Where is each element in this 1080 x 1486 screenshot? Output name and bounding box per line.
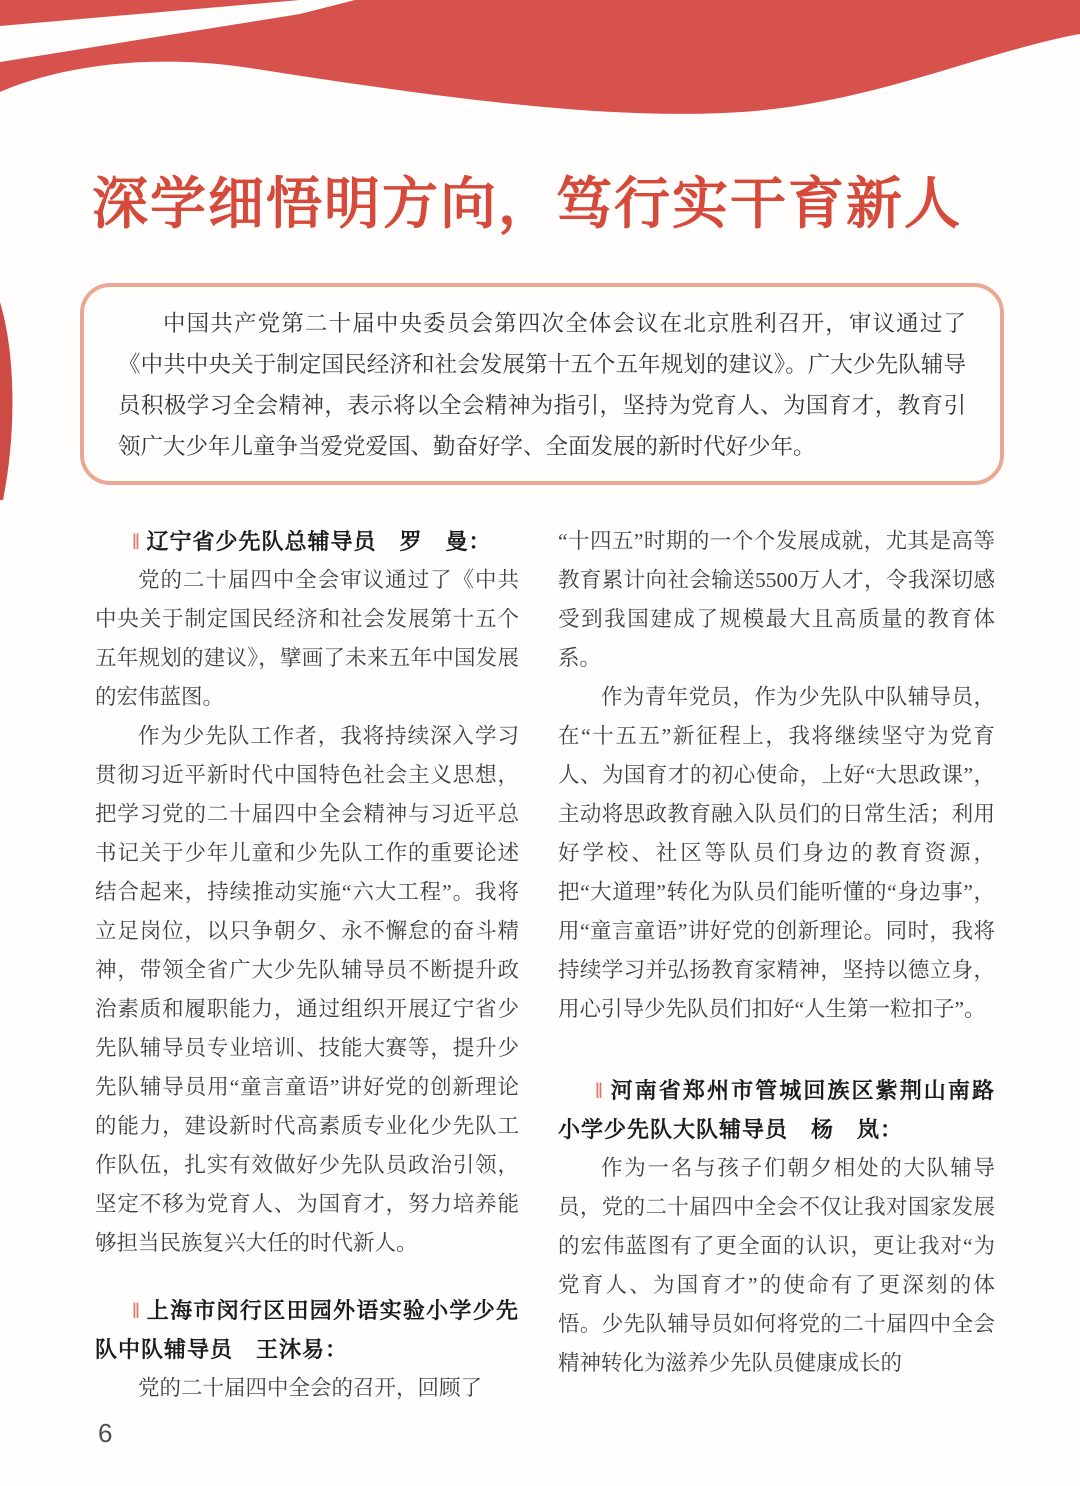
section-marker: ‖ — [132, 529, 146, 554]
column-left: ‖辽宁省少先队总辅导员 罗 曼： 党的二十届四中全会审议通过了《中共中央关于制定… — [95, 522, 519, 1408]
paragraph: 党的二十届四中全会的召开，回顾了 — [95, 1369, 519, 1408]
page-corner-sliver — [0, 0, 355, 62]
section-header-text: 河南省郑州市管城回族区紫荆山南路小学少先队大队辅导员 杨 岚： — [558, 1078, 995, 1142]
paragraph: 作为青年党员，作为少先队中队辅导员，在“十五五”新征程上，我将继续坚守为党育人、… — [558, 678, 995, 1029]
left-edge-crescent — [0, 302, 12, 500]
section-header-text: 上海市闵行区田园外语实验小学少先队中队辅导员 王沐易： — [95, 1298, 519, 1362]
section-header-text: 辽宁省少先队总辅导员 罗 曼： — [147, 529, 492, 554]
section-header: ‖河南省郑州市管城回族区紫荆山南路小学少先队大队辅导员 杨 岚： — [558, 1071, 995, 1149]
paragraph: 党的二十届四中全会审议通过了《中共中央关于制定国民经济和社会发展第十五个五年规划… — [95, 561, 519, 717]
page-title: 深学细悟明方向，笃行实干育新人 — [92, 160, 988, 240]
section-marker: ‖ — [595, 1078, 609, 1103]
intro-box: 中国共产党第二十届中央委员会第四次全体会议在北京胜利召开，审议通过了《中共中央关… — [80, 283, 1004, 485]
paragraph: 作为少先队工作者，我将持续深入学习贯彻习近平新时代中国特色社会主义思想，把学习党… — [95, 717, 519, 1263]
paragraph: 作为一名与孩子们朝夕相处的大队辅导员，党的二十届四中全会不仅让我对国家发展的宏伟… — [558, 1149, 995, 1383]
paragraph: “十四五”时期的一个个发展成就，尤其是高等教育累计向社会输送5500万人才，令我… — [558, 522, 995, 678]
intro-text: 中国共产党第二十届中央委员会第四次全体会议在北京胜利召开，审议通过了《中共中央关… — [118, 303, 966, 467]
column-right: “十四五”时期的一个个发展成就，尤其是高等教育累计向社会输送5500万人才，令我… — [558, 522, 995, 1383]
red-wave-band — [0, 0, 1080, 114]
page-number: 6 — [98, 1418, 112, 1449]
magazine-page: 深学细悟明方向，笃行实干育新人 中国共产党第二十届中央委员会第四次全体会议在北京… — [0, 0, 1080, 1486]
section-header: ‖上海市闵行区田园外语实验小学少先队中队辅导员 王沐易： — [95, 1291, 519, 1369]
section-header: ‖辽宁省少先队总辅导员 罗 曼： — [95, 522, 519, 561]
section-marker: ‖ — [132, 1298, 146, 1323]
